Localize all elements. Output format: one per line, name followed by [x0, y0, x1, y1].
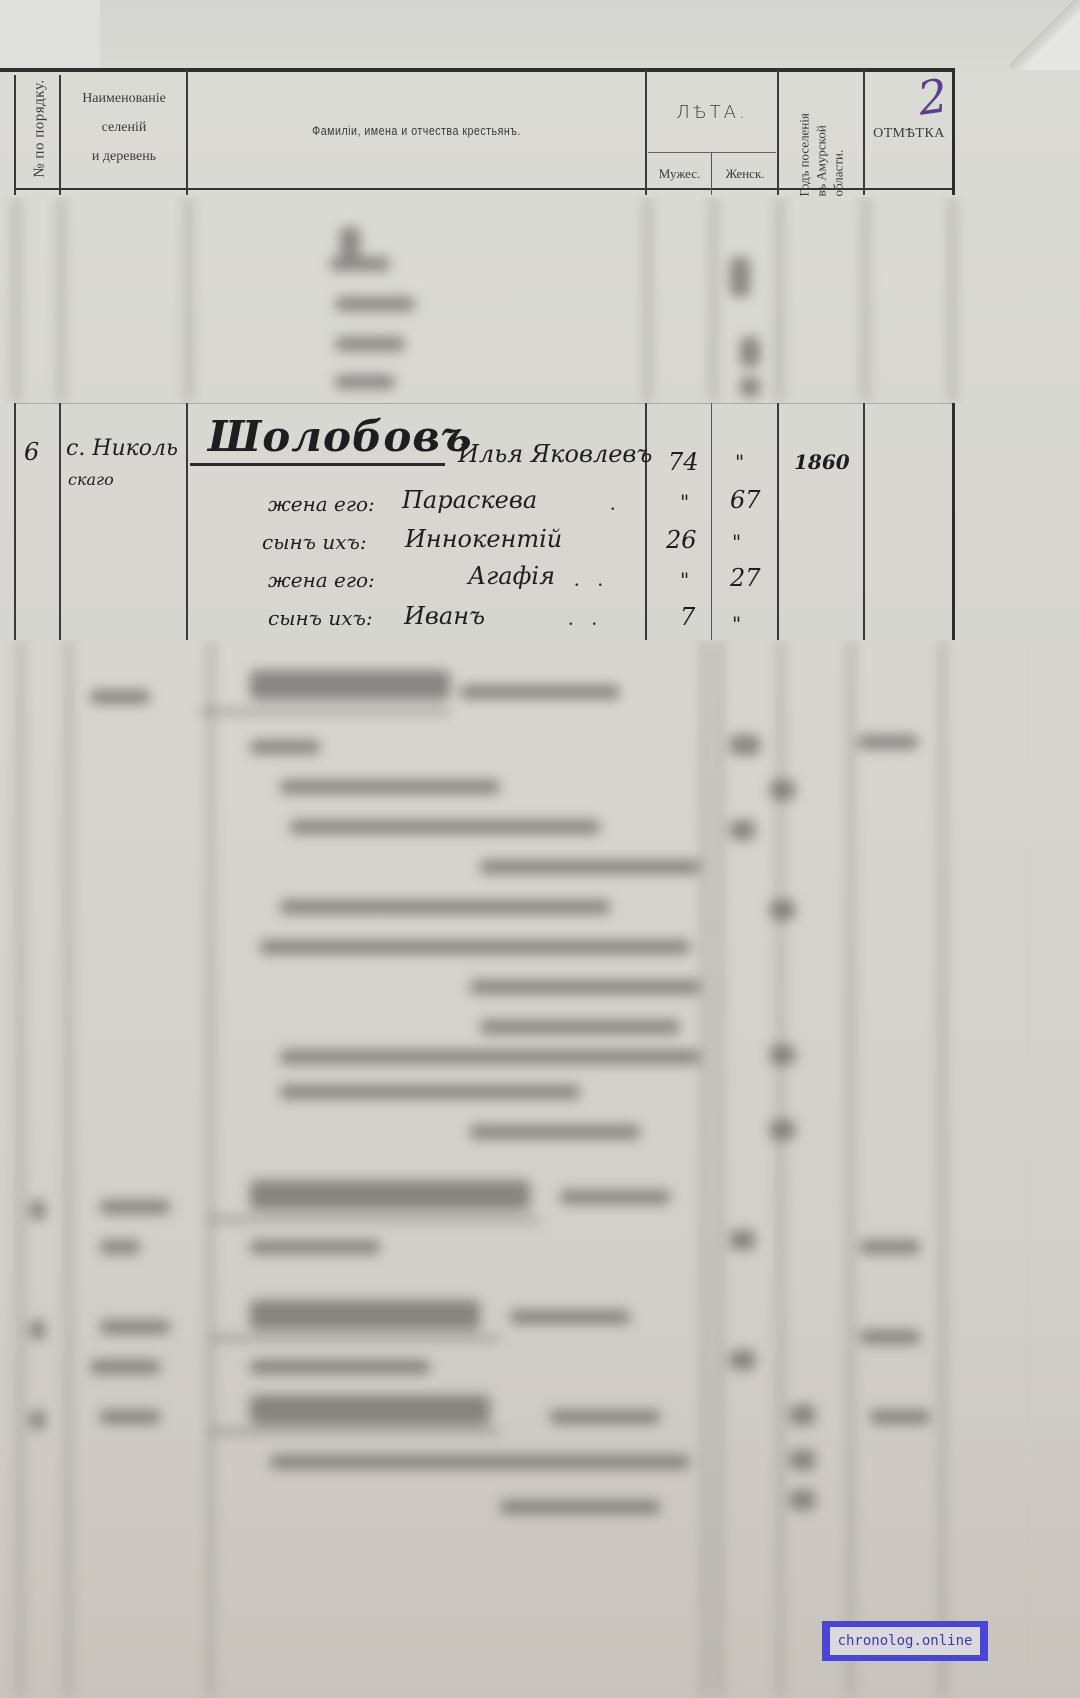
entry-settlement-line1: с. Николь: [66, 436, 178, 461]
member-name: Иннокентій: [405, 525, 562, 553]
male-age: 26: [666, 526, 697, 554]
header-number: № по порядку.: [32, 69, 49, 189]
male-age: 7: [680, 603, 695, 631]
page-corner: [1010, 0, 1080, 70]
member-relation: жена его:: [268, 568, 375, 592]
col-line: [186, 403, 188, 640]
col-line: [863, 403, 865, 640]
col-line: [952, 70, 955, 195]
top-margin: [0, 0, 1080, 72]
entry-surname: Шолобовъ: [208, 412, 473, 461]
leader-dots: ..: [568, 605, 615, 631]
entry-head-name: Илья Яковлевъ: [458, 440, 652, 468]
surname-underline: [190, 463, 445, 466]
female-age: 67: [730, 486, 761, 514]
header-settlement-line: Наименованіе: [62, 84, 186, 113]
col-line: [59, 403, 61, 640]
years-subrule: [648, 152, 776, 153]
header-settle-year-line: области.: [830, 79, 847, 197]
col-line: [645, 70, 647, 195]
header-settle-year-line: въ Амурской: [813, 79, 830, 197]
female-age: ": [732, 530, 741, 554]
document-page: № по порядку. Наименованіе селеній и дер…: [0, 0, 1080, 1698]
paper-fold: [0, 0, 100, 72]
entry-number: 6: [24, 438, 39, 466]
header-mark: ОТМѢТКА: [866, 126, 952, 142]
header-years-male: Мужес.: [648, 166, 711, 182]
member-relation: сынъ ихъ:: [268, 606, 373, 630]
leader-dots: ..: [574, 566, 621, 592]
female-age: ": [732, 612, 741, 636]
table-top-rule: [0, 68, 955, 72]
watermark-text: chronolog.online: [830, 1627, 980, 1655]
col-line: [952, 403, 955, 640]
header-settlement-line: селеній: [62, 113, 186, 142]
member-name: Агафія: [468, 562, 555, 590]
header-settle-year: Годъ поселенія въ Амурской области.: [796, 79, 847, 197]
redacted-rows-top: [0, 197, 1030, 403]
col-line: [645, 403, 647, 640]
col-line: [14, 75, 16, 195]
watermark-badge: chronolog.online: [822, 1621, 988, 1661]
header-names: Фамиліи, имена и отчества крестьянъ.: [229, 123, 604, 138]
header-years: ЛѢТА.: [648, 102, 776, 123]
header-settlement-line: и деревень: [62, 142, 186, 171]
col-line: [711, 403, 712, 640]
row-divider: [14, 403, 954, 404]
entry-settlement-line2: скаго: [68, 470, 114, 489]
settle-year: 1860: [794, 450, 850, 474]
handwritten-page-number: 2: [914, 68, 951, 126]
header-years-female: Женск.: [713, 166, 777, 182]
col-line: [777, 403, 779, 640]
header-settlement: Наименованіе селеній и деревень: [62, 84, 186, 171]
male-age: ": [680, 490, 689, 514]
redacted-rows-bottom: [0, 640, 1030, 1698]
header-settle-year-line: Годъ поселенія: [796, 79, 813, 197]
female-age: ": [735, 450, 744, 474]
col-line: [186, 70, 188, 195]
female-age: 27: [730, 564, 761, 592]
leader-dots: .: [610, 490, 634, 516]
male-age: ": [680, 568, 689, 592]
member-relation: сынъ ихъ:: [262, 530, 367, 554]
col-line: [14, 403, 16, 640]
col-line: [777, 70, 779, 195]
member-name: Параскева: [402, 486, 537, 514]
male-age: 74: [668, 448, 699, 476]
member-name: Иванъ: [404, 602, 485, 630]
col-line: [863, 70, 865, 195]
col-line: [59, 75, 61, 195]
col-line: [711, 152, 712, 195]
member-relation: жена его:: [268, 492, 375, 516]
